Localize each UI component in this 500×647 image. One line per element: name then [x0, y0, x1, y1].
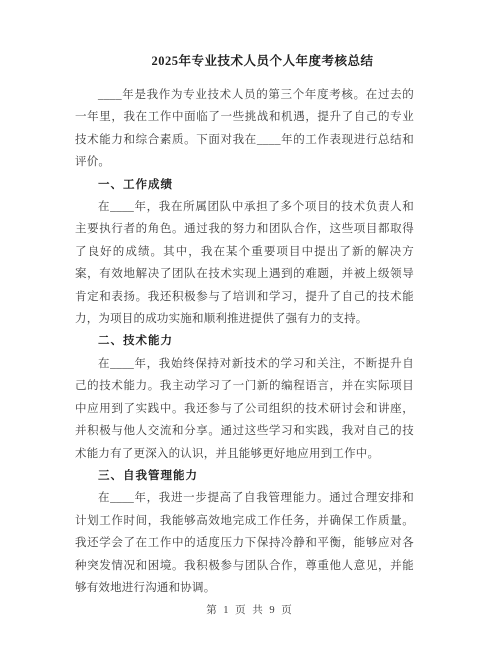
document-page: 2025年专业技术人员个人年度考核总结 ____年是我作为专业技术人员的第三个年…	[0, 0, 500, 647]
section-heading-self-management: 三、自我管理能力	[75, 465, 414, 487]
section-heading-technical-ability: 二、技术能力	[75, 330, 414, 352]
section-heading-work-achievements: 一、工作成绩	[75, 174, 414, 196]
page-footer: 第 1 页 共 9 页	[0, 600, 500, 618]
intro-paragraph: ____年是我作为专业技术人员的第三个年度考核。在过去的一年里，我在工作中面临了…	[75, 84, 414, 174]
document-title: 2025年专业技术人员个人年度考核总结	[93, 50, 432, 72]
section-body-technical-ability: 在____年，我始终保持对新技术的学习和关注，不断提升自己的技术能力。我主动学习…	[75, 353, 414, 465]
page-number-label: 第 1 页 共 9 页	[206, 605, 294, 616]
section-body-work-achievements: 在____年，我在所属团队中承担了多个项目的技术负责人和主要执行者的角色。通过我…	[75, 196, 414, 330]
section-body-self-management: 在____年，我进一步提高了自我管理能力。通过合理安排和计划工作时间，我能够高效…	[75, 487, 414, 599]
